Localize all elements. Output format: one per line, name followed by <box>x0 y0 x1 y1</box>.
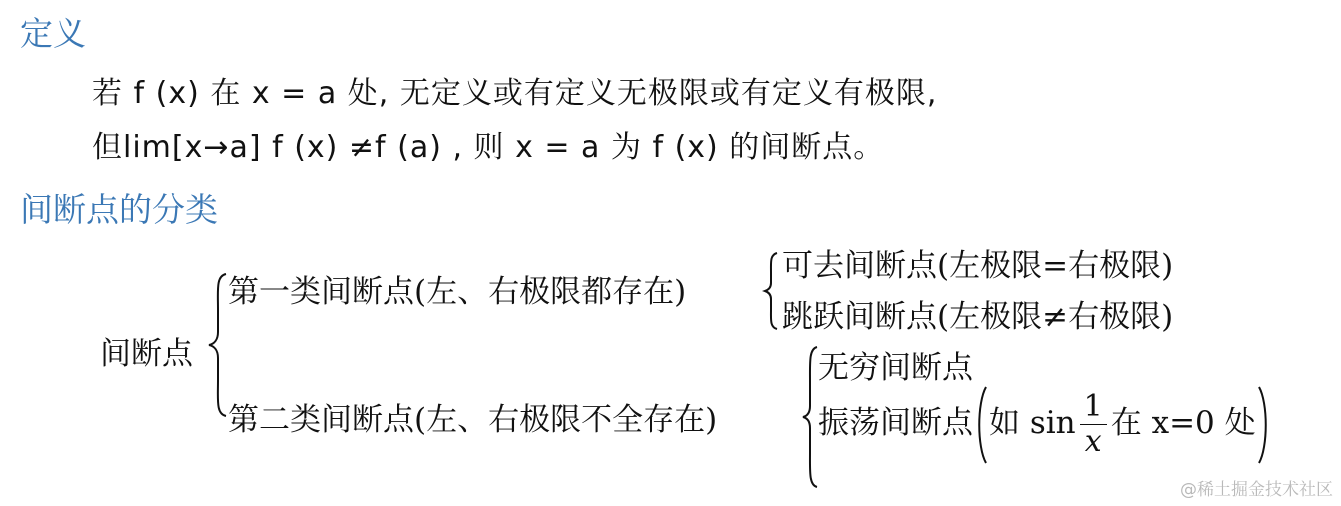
watermark: @稀土掘金技术社区 <box>1180 475 1333 500</box>
oscillating-discontinuity: 振荡间断点如 sin1x在 x=0 处 <box>818 380 1272 466</box>
removable-discontinuity: 可去间断点(左极限=右极限) <box>782 246 1173 286</box>
jump-discontinuity: 跳跃间断点(左极限≠右极限) <box>782 297 1173 337</box>
second-kind-node: 第二类间断点(左、右极限不全存在) <box>228 400 717 440</box>
definition-heading: 定义 <box>20 14 86 54</box>
right-paren-icon <box>1256 385 1272 465</box>
classification-heading: 间断点的分类 <box>20 190 218 230</box>
definition-line-2: 但lim[x→a] f (x) ≠f (a) , 则 x = a 为 f (x)… <box>92 128 884 168</box>
example-close: 在 x=0 处 <box>1111 405 1256 441</box>
definition-line-1: 若 f (x) 在 x = a 处, 无定义或有定义无极限或有定义有极限, <box>92 74 937 114</box>
fraction: 1x <box>1080 390 1107 459</box>
example-open: 如 sin <box>989 405 1076 441</box>
first-kind-brace-icon <box>762 250 780 332</box>
root-brace-icon <box>206 270 230 420</box>
fraction-denominator: x <box>1080 425 1107 459</box>
fraction-numerator: 1 <box>1080 390 1107 425</box>
root-node: 间断点 <box>100 334 193 374</box>
left-paren-icon <box>973 385 989 465</box>
first-kind-node: 第一类间断点(左、右极限都存在) <box>228 272 686 312</box>
second-kind-brace-icon <box>800 344 820 490</box>
oscillating-label: 振荡间断点 <box>818 405 973 441</box>
